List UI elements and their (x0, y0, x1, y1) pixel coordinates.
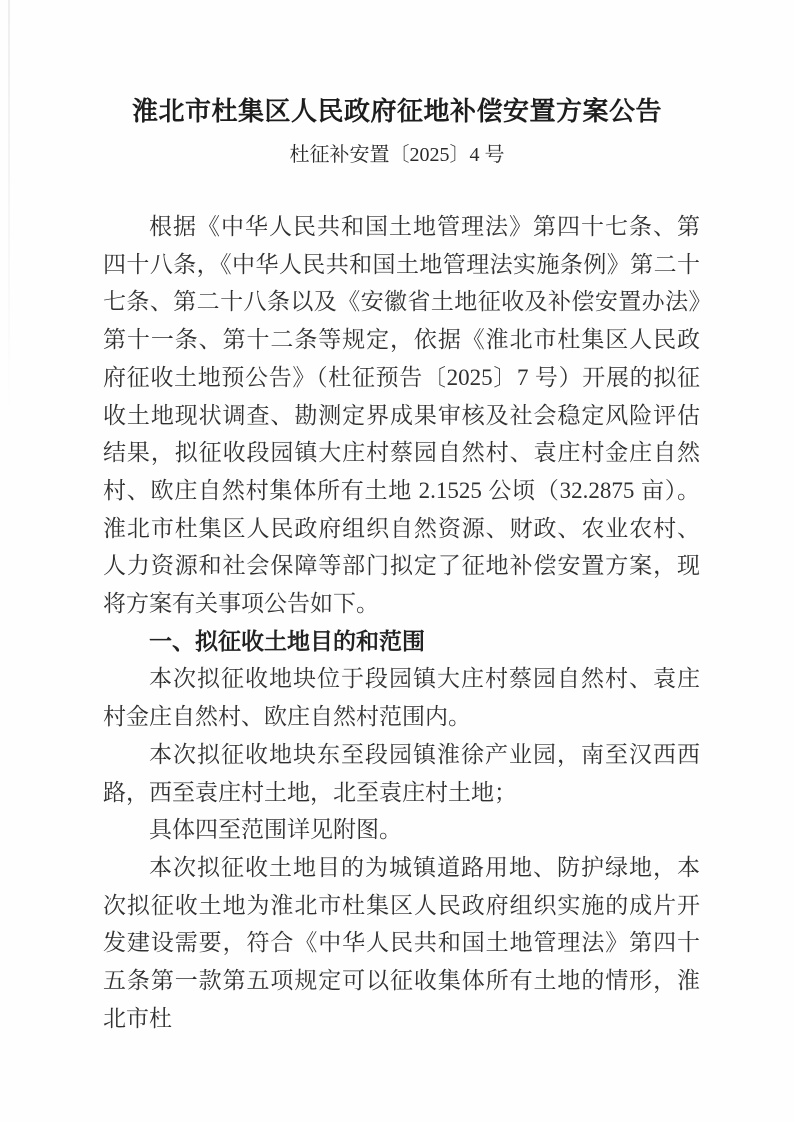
paragraph-scope-map-note: 具体四至范围详见附图。 (103, 811, 700, 849)
section-heading-purpose-and-scope: 一、拟征收土地目的和范围 (103, 623, 700, 661)
paragraph-legal-basis: 根据《中华人民共和国土地管理法》第四十七条、第四十八条，《中华人民共和国土地管理… (103, 208, 700, 623)
paragraph-scope-location: 本次拟征收地块位于段园镇大庄村蔡园自然村、袁庄村金庄自然村、欧庄自然村范围内。 (103, 660, 700, 735)
paragraph-purpose: 本次拟征收土地目的为城镇道路用地、防护绿地，本次拟征收土地为淮北市杜集区人民政府… (103, 849, 700, 1038)
document-title: 淮北市杜集区人民政府征地补偿安置方案公告 (40, 94, 754, 128)
document-number: 杜征补安置〔2025〕4 号 (0, 141, 794, 169)
scan-edge-artifact (8, 0, 10, 420)
document-page: 淮北市杜集区人民政府征地补偿安置方案公告 杜征补安置〔2025〕4 号 根据《中… (0, 0, 794, 1122)
document-body: 根据《中华人民共和国土地管理法》第四十七条、第四十八条，《中华人民共和国土地管理… (103, 208, 700, 1037)
paragraph-scope-boundaries: 本次拟征收地块东至段园镇淮徐产业园，南至汉西西路，西至袁庄村土地，北至袁庄村土地… (103, 736, 700, 811)
